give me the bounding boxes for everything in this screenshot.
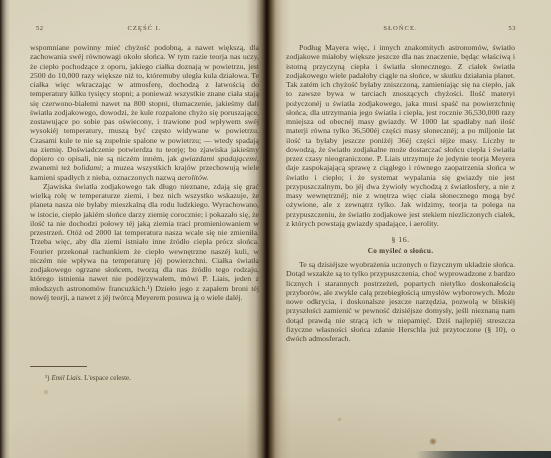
right-paragraph-1: Podług Mayera więc, i innych znakomitych… — [286, 43, 515, 228]
left-running-header: CZĘŚĆ I. — [30, 25, 259, 32]
paper-stain — [337, 417, 342, 422]
footnote-title: L'espace celeste. — [84, 374, 131, 382]
body-text: zwanemi też — [30, 163, 73, 172]
left-page-edge-shadow — [0, 0, 10, 458]
footnote-marker: ¹) — [45, 374, 49, 382]
italic-phrase-aerolites: aerolitów. — [177, 173, 208, 182]
right-running-header: SŁOŃCE. — [286, 25, 515, 32]
footnote-block: ¹)Emil Liais.L'espace celeste. — [30, 366, 259, 383]
paper-stain — [429, 438, 437, 445]
footnote-author: Emil Liais. — [51, 374, 82, 382]
right-paragraph-2: Te są dzisiéjsze wyobrażenia uczonych o … — [286, 260, 515, 343]
paper-stain — [43, 389, 49, 395]
section-heading: § 16. Co myśleć o słońcu. — [286, 235, 515, 256]
body-text: wspomniane powinny mieć chyżość podobną,… — [30, 43, 259, 163]
footnote-rule — [30, 366, 87, 367]
left-page-text-column: wspomniane powinny mieć chyżość podobną,… — [30, 43, 259, 302]
book-scan-spread: 52 CZĘŚĆ I. SŁOŃCE. 53 wspomniane powinn… — [0, 0, 551, 458]
left-paragraph-continuation: wspomniane powinny mieć chyżość podobną,… — [30, 43, 259, 182]
section-number: § 16. — [286, 235, 515, 244]
left-paragraph-2: Zjawiska światła zodjakowego tak długo n… — [30, 182, 259, 302]
book-gutter-shadow — [246, 0, 290, 458]
italic-phrase-bolides: bolidami; — [73, 163, 103, 172]
right-page-text-column: Podług Mayera więc, i innych znakomitych… — [286, 43, 515, 343]
right-page-number: 53 — [496, 25, 516, 32]
footnote-text: ¹)Emil Liais.L'espace celeste. — [30, 374, 259, 383]
scan-background-bottom-edge — [416, 451, 551, 458]
section-title: Co myśleć o słońcu. — [286, 247, 515, 256]
